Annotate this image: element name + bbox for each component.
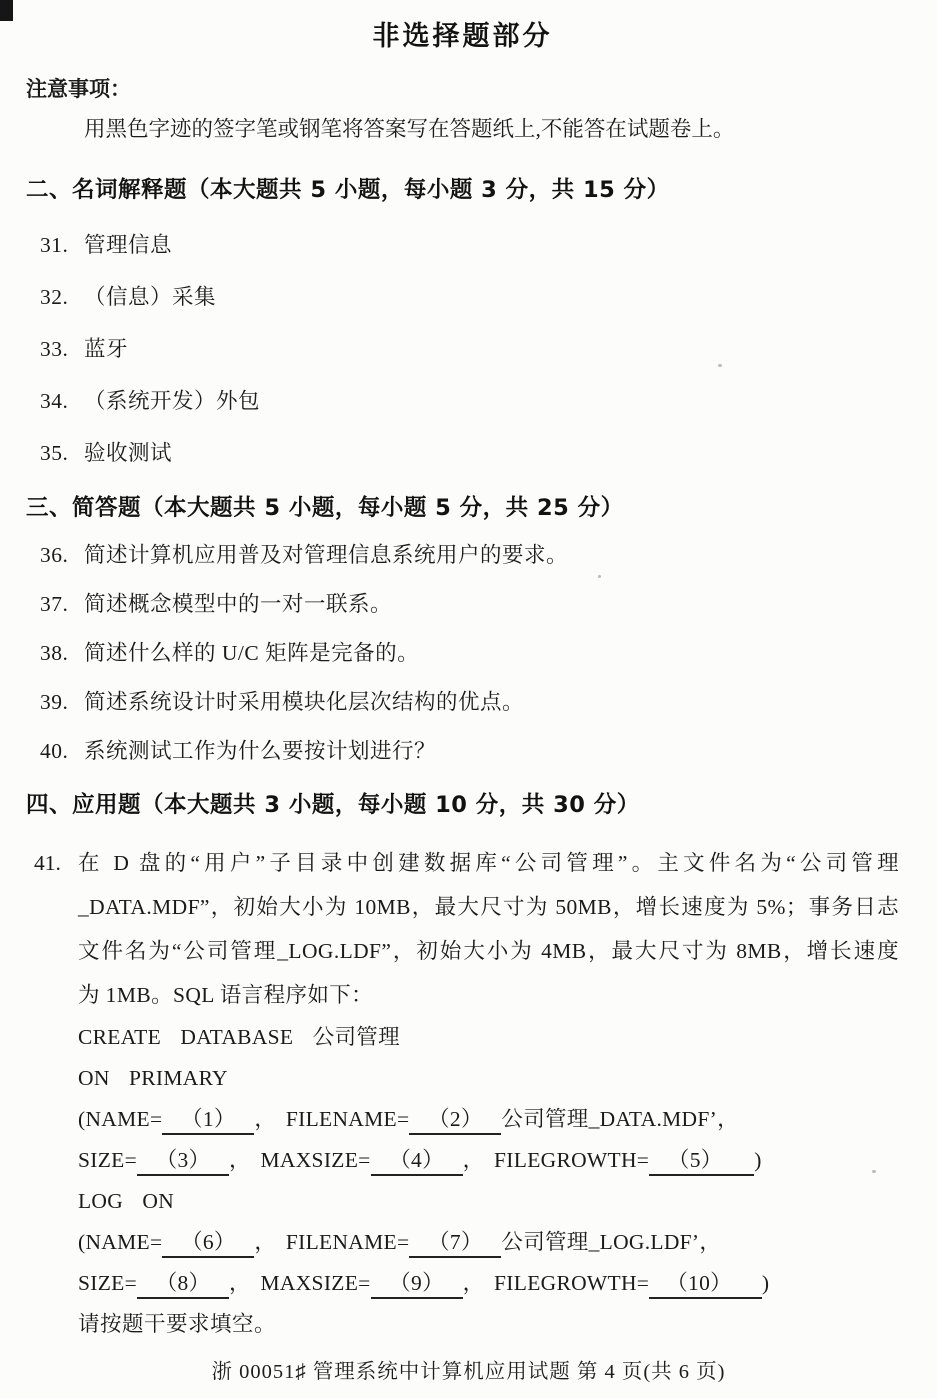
question-36: 36.简述计算机应用普及对管理信息系统用户的要求。 [40,540,899,570]
question-number: 40. [40,736,84,766]
fill-instruction: 请按题干要求填空。 [78,1304,899,1345]
question-41: 41. 在 D 盘的“用户”子目录中创建数据库“公司管理”。主文件名为“公司管理… [26,841,899,1017]
question-37: 37.简述概念模型中的一对一联系。 [40,589,899,619]
sql-create-line: CREATE DATABASE 公司管理 [78,1017,899,1058]
sql-text: (NAME= [78,1230,162,1254]
question-34: 34.（系统开发）外包 [40,386,899,416]
question-number: 31. [40,230,84,260]
section-application-heading: 四、应用题（本大题共 3 小题，每小题 10 分，共 30 分） [26,789,899,821]
question-number: 41. [34,841,78,1017]
question-41-line: 为 1MB。SQL 语言程序如下： [78,973,899,1017]
sql-on-primary-line: ON PRIMARY [78,1058,899,1099]
fill-blank-6: （6） [162,1229,254,1258]
page-title: 非选择题部分 [26,0,899,56]
scan-artifact [0,0,10,15]
question-35: 35.验收测试 [40,438,899,468]
fill-blank-2: （2） [409,1106,501,1135]
short-answer-question-list: 36.简述计算机应用普及对管理信息系统用户的要求。 37.简述概念模型中的一对一… [26,540,899,766]
question-38: 38.简述什么样的 U/C 矩阵是完备的。 [40,638,899,668]
page-footer: 浙 00051♯ 管理系统中计算机应用试题 第 4 页(共 6 页) [0,1354,937,1384]
question-number: 34. [40,386,84,416]
question-number: 35. [40,438,84,468]
scan-speck [598,575,601,578]
question-text: 简述什么样的 U/C 矩阵是完备的。 [84,641,419,665]
question-text: 简述概念模型中的一对一联系。 [84,592,392,616]
section-short-answer-heading: 三、简答题（本大题共 5 小题，每小题 5 分，共 25 分） [26,492,899,524]
sql-program: CREATE DATABASE 公司管理 ON PRIMARY (NAME=（1… [78,1017,899,1304]
scan-speck [718,364,722,367]
fill-blank-7: （7） [409,1229,501,1258]
notice-label: 注意事项： [26,74,899,104]
fill-blank-3: （3） [137,1147,229,1176]
question-number: 39. [40,687,84,717]
fill-blank-8: （8） [137,1270,229,1299]
fill-blank-10: （10） [649,1270,762,1299]
question-40: 40.系统测试工作为什么要按计划进行？ [40,736,899,766]
question-text: （信息）采集 [84,285,216,309]
question-text: 验收测试 [84,441,172,465]
question-text: 系统测试工作为什么要按计划进行？ [84,739,436,763]
sql-text: ) [754,1148,761,1172]
sql-text: ， FILENAME= [254,1107,409,1131]
sql-text: ， MAXSIZE= [229,1148,371,1172]
fill-blank-9: （9） [371,1270,463,1299]
question-41-line: 文件名为“公司管理_LOG.LDF”，初始大小为 4MB，最大尺寸为 8MB，增… [78,929,899,973]
sql-name-log-line: (NAME=（6）， FILENAME=（7）公司管理_LOG.LDF’， [78,1222,899,1263]
sql-text: SIZE= [78,1271,137,1295]
notice-text: 用黑色字迹的签字笔或钢笔将答案写在答题纸上,不能答在试题卷上。 [84,114,899,144]
question-41-line: 在 D 盘的“用户”子目录中创建数据库“公司管理”。主文件名为“公司管理 [78,841,899,885]
question-text: 简述计算机应用普及对管理信息系统用户的要求。 [84,543,568,567]
question-number: 37. [40,589,84,619]
question-number: 33. [40,334,84,364]
fill-blank-5: （5） [649,1147,754,1176]
question-number: 32. [40,282,84,312]
sql-size-log-line: SIZE=（8）， MAXSIZE=（9）， FILEGROWTH=（10）) [78,1263,899,1304]
question-31: 31.管理信息 [40,230,899,260]
terms-question-list: 31.管理信息 32.（信息）采集 33.蓝牙 34.（系统开发）外包 35.验… [26,230,899,468]
question-number: 38. [40,638,84,668]
sql-text: ， FILENAME= [254,1230,409,1254]
question-39: 39.简述系统设计时采用模块化层次结构的优点。 [40,687,899,717]
sql-size-data-line: SIZE=（3）， MAXSIZE=（4）， FILEGROWTH=（5）) [78,1140,899,1181]
sql-text: ， FILEGROWTH= [463,1271,650,1295]
sql-text: SIZE= [78,1148,137,1172]
question-41-body: 在 D 盘的“用户”子目录中创建数据库“公司管理”。主文件名为“公司管理 _DA… [78,841,899,1017]
question-33: 33.蓝牙 [40,334,899,364]
fill-blank-4: （4） [371,1147,463,1176]
exam-page: 非选择题部分 注意事项： 用黑色字迹的签字笔或钢笔将答案写在答题纸上,不能答在试… [0,0,937,1398]
sql-log-on-line: LOG ON [78,1181,899,1222]
sql-text: ， FILEGROWTH= [463,1148,650,1172]
question-text: （系统开发）外包 [84,389,260,413]
scan-speck [872,1170,876,1173]
sql-text: ) [762,1271,769,1295]
section-terms-heading: 二、名词解释题（本大题共 5 小题，每小题 3 分，共 15 分） [26,174,899,206]
question-number: 36. [40,540,84,570]
question-text: 管理信息 [84,233,172,257]
sql-text: ， MAXSIZE= [229,1271,371,1295]
sql-text: (NAME= [78,1107,162,1131]
question-text: 简述系统设计时采用模块化层次结构的优点。 [84,690,524,714]
sql-text: 公司管理_DATA.MDF’， [501,1107,739,1131]
sql-name-data-line: (NAME=（1）， FILENAME=（2）公司管理_DATA.MDF’， [78,1099,899,1140]
question-41-line: _DATA.MDF”，初始大小为 10MB，最大尺寸为 50MB，增长速度为 5… [78,885,899,929]
sql-text: 公司管理_LOG.LDF’， [501,1230,721,1254]
question-text: 蓝牙 [84,337,128,361]
fill-blank-1: （1） [162,1106,254,1135]
question-32: 32.（信息）采集 [40,282,899,312]
